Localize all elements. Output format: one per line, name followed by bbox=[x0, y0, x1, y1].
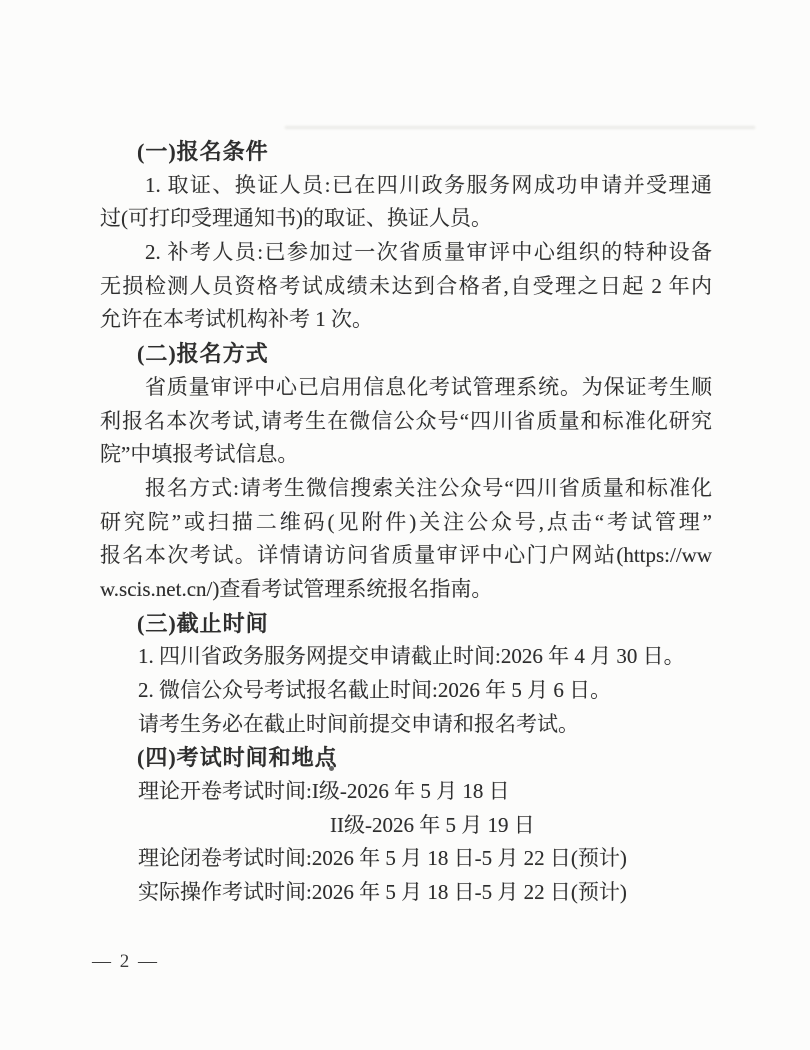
exam-time-closed-book: 理论闭卷考试时间:2026 年 5 月 18 日-5 月 22 日(预计) bbox=[100, 842, 712, 876]
document-body: (一)报名条件 1. 取证、换证人员:已在四川政务服务网成功申请并受理通 过(可… bbox=[100, 135, 712, 910]
text-line: 报名方式:请考生微信搜索关注公众号“四川省质量和标准化 bbox=[100, 472, 712, 506]
text-line: 研究院”或扫描二维码(见附件)关注公众号,点击“考试管理” bbox=[100, 506, 712, 540]
page-number: — 2 — bbox=[92, 951, 159, 973]
text-line-with-url: w.scis.net.cn/)查看考试管理系统报名指南。 bbox=[100, 573, 712, 607]
text-line: 院”中填报考试信息。 bbox=[100, 438, 712, 472]
heading-exam-time-location: (四)考试时间和地点 bbox=[100, 741, 712, 775]
heading-registration-method: (二)报名方式 bbox=[100, 337, 712, 371]
text-line: 无损检测人员资格考试成绩未达到合格者,自受理之日起 2 年内 bbox=[100, 270, 712, 304]
deadline-note: 请考生务必在截止时间前提交申请和报名考试。 bbox=[100, 708, 712, 742]
text-line: 利报名本次考试,请考生在微信公众号“四川省质量和标准化研究 bbox=[100, 405, 712, 439]
exam-time-open-book: 理论开卷考试时间:I级-2026 年 5 月 18 日 bbox=[100, 775, 712, 809]
scan-artifact-streak bbox=[285, 126, 755, 129]
text-line: 过(可打印受理通知书)的取证、换证人员。 bbox=[100, 202, 712, 236]
scan-artifact-dot bbox=[329, 766, 334, 771]
deadline-item-2: 2. 微信公众号考试报名截止时间:2026 年 5 月 6 日。 bbox=[100, 674, 712, 708]
exam-time-open-book-level2: II级-2026 年 5 月 19 日 bbox=[100, 809, 712, 843]
text-line: 允许在本考试机构补考 1 次。 bbox=[100, 303, 712, 337]
heading-registration-conditions: (一)报名条件 bbox=[100, 135, 712, 169]
text-line: 1. 取证、换证人员:已在四川政务服务网成功申请并受理通 bbox=[100, 169, 712, 203]
text-line: 省质量审评中心已启用信息化考试管理系统。为保证考生顺 bbox=[100, 371, 712, 405]
text-line-with-url: 报名本次考试。详情请访问省质量审评中心门户网站(https://ww bbox=[100, 539, 712, 573]
exam-time-practical: 实际操作考试时间:2026 年 5 月 18 日-5 月 22 日(预计) bbox=[100, 876, 712, 910]
scanned-document-page: (一)报名条件 1. 取证、换证人员:已在四川政务服务网成功申请并受理通 过(可… bbox=[0, 0, 810, 1050]
deadline-item-1: 1. 四川省政务服务网提交申请截止时间:2026 年 4 月 30 日。 bbox=[100, 640, 712, 674]
text-line: 2. 补考人员:已参加过一次省质量审评中心组织的特种设备 bbox=[100, 236, 712, 270]
heading-deadline: (三)截止时间 bbox=[100, 607, 712, 641]
